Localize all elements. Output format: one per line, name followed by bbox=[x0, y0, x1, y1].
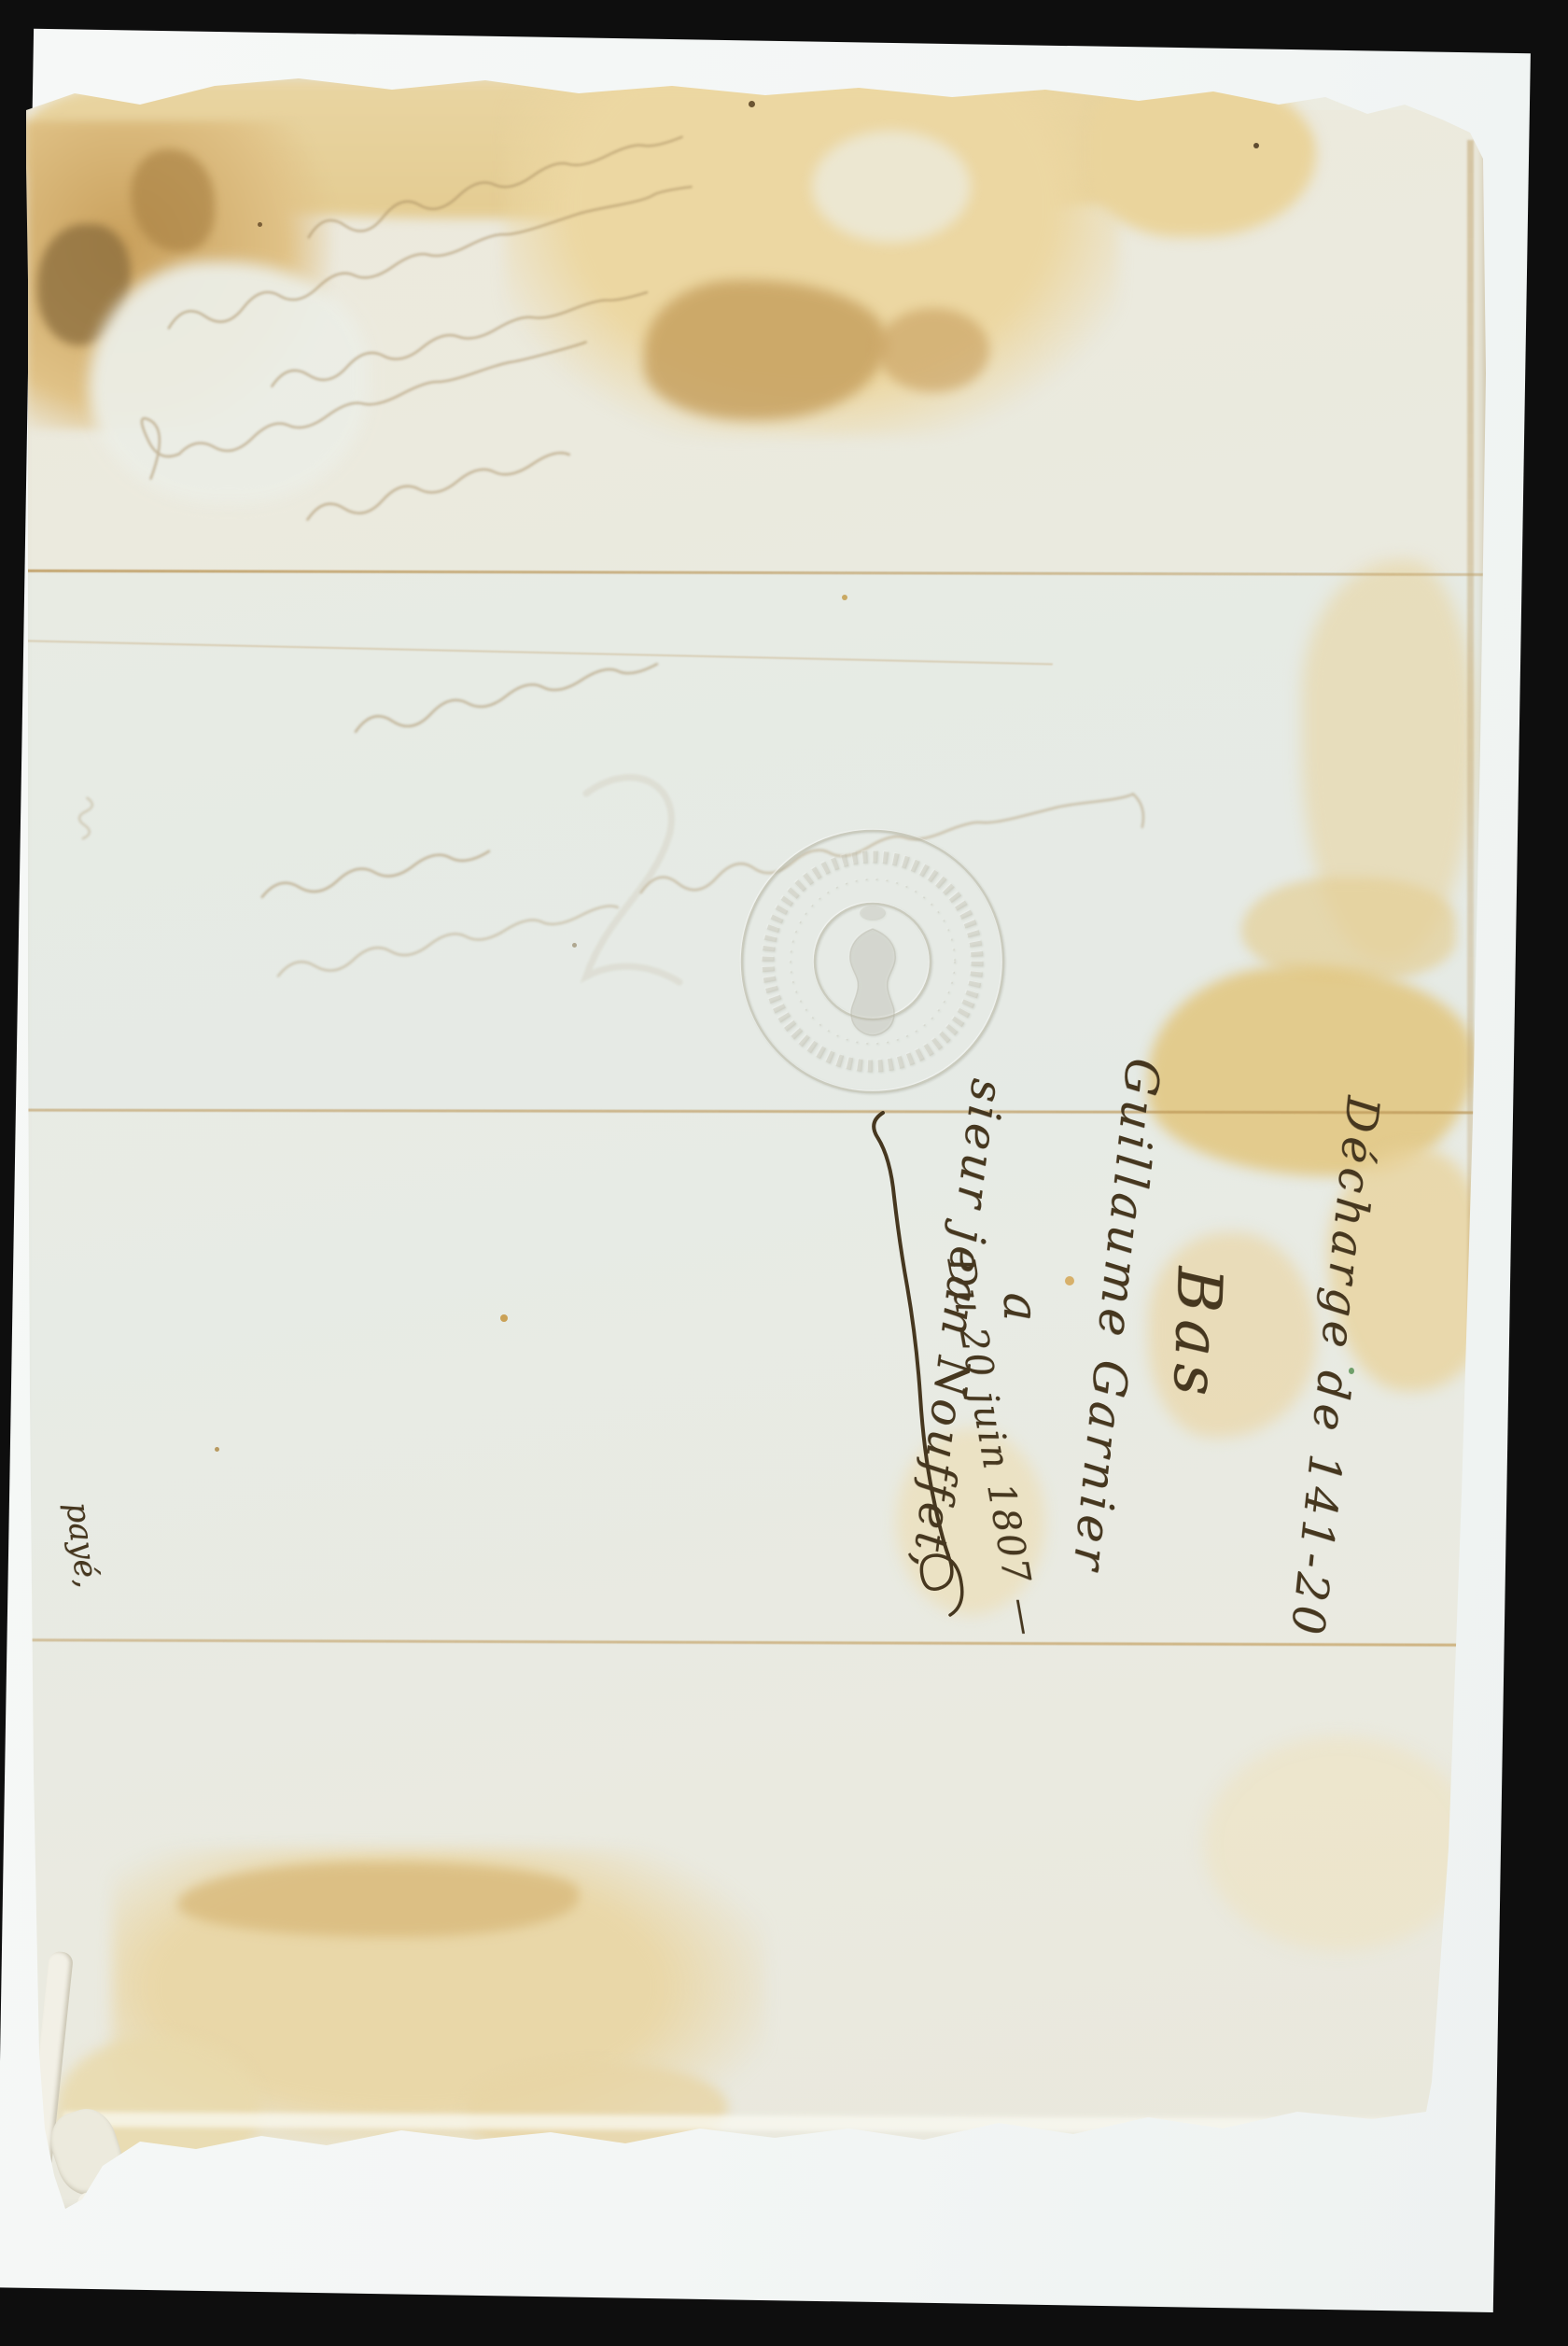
photograph-stage: Décharge de 141-20 Bas Guillaume Garnier… bbox=[0, 0, 1568, 2346]
paraph-flourish bbox=[26, 75, 1486, 2213]
document-paper: Décharge de 141-20 Bas Guillaume Garnier… bbox=[26, 75, 1486, 2213]
